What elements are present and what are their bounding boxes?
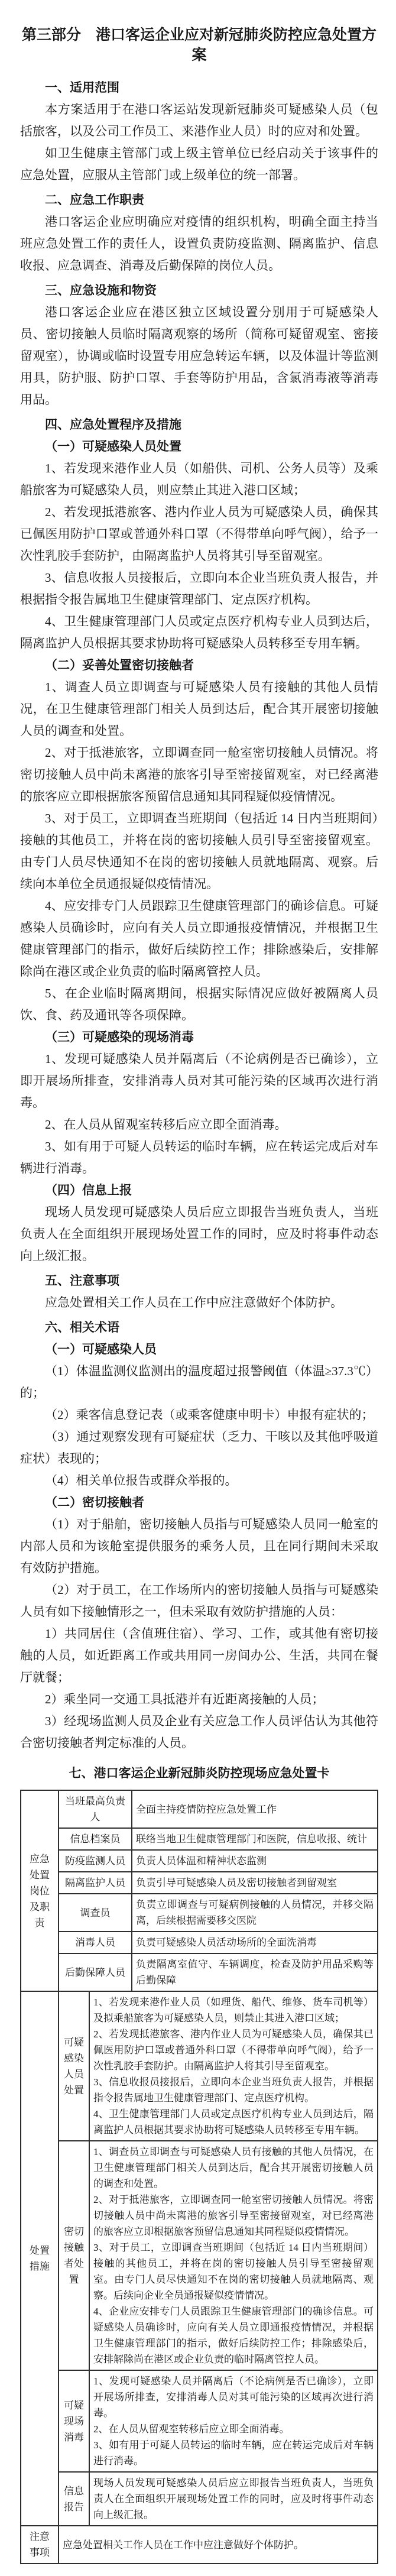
list-item: 1）共同居住（含值班住宿）、学习、工作，或其他有密切接触的人员，如近距离工作或共… bbox=[20, 1623, 378, 1689]
heading-scope: 一、适用范围 bbox=[20, 77, 378, 99]
role-cell: 消毒人员 bbox=[59, 1932, 132, 1953]
measure-item: 2、若发现抵港旅客、港内作业人员为可疑感染人员，确保其已佩医用防护口罩或普通外科… bbox=[93, 2026, 374, 2074]
document-page: 第三部分 港口客运企业应对新冠肺炎防控应急处置方案 一、适用范围 本方案适用于在… bbox=[0, 0, 396, 2576]
list-item: 3、信息收报人员接报后，立即向本企业当班负责人报告，并根据指令报告属地卫生健康管… bbox=[20, 567, 378, 611]
duty-cell: 负责隔离室值守、车辆调度，检查及防护用品采购等后勤保障 bbox=[132, 1953, 378, 1991]
measure-content-cell: 1、调查员立即调查与可疑感染人员有接触的其他人员情况，在卫生健康管理部门相关人员… bbox=[89, 2141, 378, 2370]
list-item: 3、对于员工，立即调查当班期间（包括近 14 日内当班期间）接触的其他员工，并将… bbox=[20, 808, 378, 895]
table-row: 处置措施 可疑感染人员处置 1、若发现来港作业人员（如理货、船代、维修、货车司机… bbox=[21, 1991, 378, 2141]
duty-cell: 联络当地卫生健康管理部门和医院，信息收报、统计 bbox=[132, 1828, 378, 1850]
list-item: （1）对于船舶，密切接触人员指与可疑感染人员同一舱室的内部人员和为该舱室提供服务… bbox=[20, 1514, 378, 1579]
table-row: 注意事项 应急处置相关工作人员在工作中应注意做好个体防护。 bbox=[21, 2526, 378, 2564]
paragraph: 本方案适用于在港口客运站发现新冠肺炎可疑感染人员（包括旅客，以及公司工作员工、来… bbox=[20, 99, 378, 142]
list-item: 1、调查人员立即调查与可疑感染人员有接触的其他人员情况，在卫生健康管理部门相关人… bbox=[20, 676, 378, 742]
role-cell: 当班最高负责人 bbox=[59, 1790, 132, 1828]
measure-item: 2、对于抵港旅客，立即调查同一舱室密切接触人员情况。将密切接触人员中尚未离港的旅… bbox=[93, 2192, 374, 2240]
document-title: 第三部分 港口客运企业应对新冠肺炎防控应急处置方案 bbox=[20, 25, 378, 65]
heading-disinfection: （三）可疑感染的现场消毒 bbox=[20, 1026, 378, 1048]
heading-suspect-disposal: （一）可疑感染人员处置 bbox=[20, 436, 378, 458]
paragraph: 港口客运企业应明确应对疫情的组织机构，明确全面主持当班应急处置工作的责任人，设置… bbox=[20, 211, 378, 277]
table-row: 防疫监测人员 负责人员体温和精神状态监测 bbox=[21, 1850, 378, 1872]
measure-item: 现场人员发现可疑感染人员后应立即报告当班负责人，当班负责人在全面组织开展现场处置… bbox=[93, 2475, 374, 2523]
list-item: 5、在企业临时隔离期间，根据实际情况应做好被隔离人员饮、食、药及通讯等各项保障。 bbox=[20, 983, 378, 1026]
measure-label-cell: 可疑感染人员处置 bbox=[59, 1991, 89, 2141]
heading-info-report: （四）信息上报 bbox=[20, 1180, 378, 1201]
list-item: 4、应安排专门人员跟踪卫生健康管理部门的确诊信息。可疑感染人员确诊时，应向有关人… bbox=[20, 895, 378, 983]
table-row: 信息报告 现场人员发现可疑感染人员后应立即报告当班负责人，当班负责人在全面组织开… bbox=[21, 2472, 378, 2526]
measure-item: 4、企业应安排专门人员跟踪卫生健康管理部门的确诊信息。可疑感染人员确诊时，应向有… bbox=[93, 2303, 374, 2367]
measure-item: 1、发现可疑感染人员并隔离后（不论病例是否已确诊），立即开展场所排查，安排消毒人… bbox=[93, 2373, 374, 2421]
duty-cell: 负责人员体温和精神状态监测 bbox=[132, 1850, 378, 1872]
paragraph: 如卫生健康主管部门或上级主管单位已经启动关于该事件的应急处置，应服从主管部门或上… bbox=[20, 142, 378, 186]
card-title: 七、港口客运企业新冠肺炎防控现场应急处置卡 bbox=[20, 1765, 378, 1783]
paragraph: 港口客运企业应在港区独立区域设置分别用于可疑感染人员、密切接触人员临时隔离观察的… bbox=[20, 302, 378, 411]
table-row: 后勤保障人员 负责隔离室值守、车辆调度，检查及防护用品采购等后勤保障 bbox=[21, 1953, 378, 1991]
measure-content-cell: 1、若发现来港作业人员（如理货、船代、维修、货车司机等）及拟乘船旅客为可疑感染人… bbox=[89, 1991, 378, 2141]
list-item: （2）对于员工，在工作场所内的密切接触人员指与可疑感染人员有如下接触情形之一，但… bbox=[20, 1579, 378, 1623]
measure-item: 1、若发现来港作业人员（如理货、船代、维修、货车司机等）及拟乘船旅客为可疑感染人… bbox=[93, 1994, 374, 2026]
paragraph: 现场人员发现可疑感染人员后应立即报告当班负责人，当班负责人在全面组织开展现场处置… bbox=[20, 1201, 378, 1267]
group-label-cell: 处置措施 bbox=[21, 1991, 59, 2526]
measure-item: 1、调查员立即调查与可疑感染人员有接触的其他人员情况，在卫生健康管理部门相关人员… bbox=[93, 2144, 374, 2192]
list-item: （1）体温监测仪监测出的温度超过报警阈值（体温≥37.3℃）的； bbox=[20, 1360, 378, 1404]
note-label-cell: 注意事项 bbox=[21, 2526, 59, 2564]
list-item: 2、对于抵港旅客，立即调查同一舱室密切接触人员情况。将密切接触人员中尚未离港的旅… bbox=[20, 742, 378, 808]
list-item: （4）相关单位报告或群众举报的。 bbox=[20, 1470, 378, 1492]
list-item: （3）通过观察发现有可疑症状（乏力、干咳以及其他呼吸道症状）表现的； bbox=[20, 1426, 378, 1470]
table-row: 应急处置岗位及职责 当班最高负责人 全面主持疫情防控应急处置工作 bbox=[21, 1790, 378, 1828]
table-row: 可疑现场消毒 1、发现可疑感染人员并隔离后（不论病例是否已确诊），立即开展场所排… bbox=[21, 2370, 378, 2472]
list-item: 1、发现可疑感染人员并隔离后（不论病例是否已确诊），立即开展场所排查，安排消毒人… bbox=[20, 1048, 378, 1114]
heading-term-suspect: （一）可疑感染人员 bbox=[20, 1339, 378, 1360]
measure-content-cell: 现场人员发现可疑感染人员后应立即报告当班负责人，当班负责人在全面组织开展现场处置… bbox=[89, 2472, 378, 2526]
measure-item: 3、对于员工，立即调查当班期间（包括近 14 日内当班期间）接触的其他员工，并将… bbox=[93, 2240, 374, 2303]
role-cell: 后勤保障人员 bbox=[59, 1953, 132, 1991]
emergency-card-table: 应急处置岗位及职责 当班最高负责人 全面主持疫情防控应急处置工作 信息档案员 联… bbox=[20, 1790, 378, 2564]
measure-item: 4、卫生健康管理部门人员或定点医疗机构专业人员到达后，隔离监护人员根据其要求协助… bbox=[93, 2106, 374, 2138]
group-label-cell: 应急处置岗位及职责 bbox=[21, 1790, 59, 1991]
list-item: （2）乘客信息登记表（或乘客健康申明卡）申报有症状的； bbox=[20, 1404, 378, 1426]
duty-cell: 负责可疑感染人员活动场所的全面洗消毒 bbox=[132, 1932, 378, 1953]
heading-term-contact: （二）密切接触者 bbox=[20, 1492, 378, 1514]
role-cell: 调查员 bbox=[59, 1894, 132, 1932]
measure-item: 2、在人员从留观室转移后应立即全面消毒。 bbox=[93, 2421, 374, 2437]
table-row: 信息档案员 联络当地卫生健康管理部门和医院，信息收报、统计 bbox=[21, 1828, 378, 1850]
heading-duties: 二、应急工作职责 bbox=[20, 189, 378, 211]
duty-cell: 负责引导可疑感染人员及密切接触者到留观室 bbox=[132, 1872, 378, 1894]
paragraph: 应急处置相关工作人员在工作中应注意做好个体防护。 bbox=[20, 1292, 378, 1314]
list-item: 2、在人员从留观室转移后应立即全面消毒。 bbox=[20, 1114, 378, 1136]
heading-facilities: 三、应急设施和物资 bbox=[20, 280, 378, 302]
list-item: 2）乘坐同一交通工具抵港并有近距离接触的人员； bbox=[20, 1689, 378, 1710]
list-item: 2、若发现抵港旅客、港内作业人员为可疑感染人员，确保其已佩医用防护口罩或普通外科… bbox=[20, 501, 378, 567]
role-cell: 隔离监护人员 bbox=[59, 1872, 132, 1894]
measure-label-cell: 信息报告 bbox=[59, 2472, 89, 2526]
role-cell: 信息档案员 bbox=[59, 1828, 132, 1850]
role-cell: 防疫监测人员 bbox=[59, 1850, 132, 1872]
list-item: 1、若发现来港作业人员（如船供、司机、公务人员等）及乘船旅客为可疑感染人员，则应… bbox=[20, 458, 378, 501]
duty-cell: 负责立即调查与可疑病例接触的人员情况，并移交隔离，后续根据需要移交医院 bbox=[132, 1894, 378, 1932]
measure-label-cell: 可疑现场消毒 bbox=[59, 2370, 89, 2472]
heading-precautions: 五、注意事项 bbox=[20, 1270, 378, 1292]
measure-content-cell: 1、发现可疑感染人员并隔离后（不论病例是否已确诊），立即开展场所排查，安排消毒人… bbox=[89, 2370, 378, 2472]
heading-terms: 六、相关术语 bbox=[20, 1317, 378, 1339]
note-content-cell: 应急处置相关工作人员在工作中应注意做好个体防护。 bbox=[59, 2526, 378, 2564]
table-row: 密切接触者处置 1、调查员立即调查与可疑感染人员有接触的其他人员情况，在卫生健康… bbox=[21, 2141, 378, 2370]
heading-close-contact-disposal: （二）妥善处置密切接触者 bbox=[20, 654, 378, 676]
duty-cell: 全面主持疫情防控应急处置工作 bbox=[132, 1790, 378, 1828]
table-row: 调查员 负责立即调查与可疑病例接触的人员情况，并移交隔离，后续根据需要移交医院 bbox=[21, 1894, 378, 1932]
table-row: 消毒人员 负责可疑感染人员活动场所的全面洗消毒 bbox=[21, 1932, 378, 1953]
heading-procedures: 四、应急处置程序及措施 bbox=[20, 414, 378, 436]
list-item: 3、如有用于可疑人员转运的临时车辆，应在转运完成后对车辆进行消毒。 bbox=[20, 1136, 378, 1180]
list-item: 3）经现场监测人员及企业有关应急工作人员评估认为其他符合密切接触者判定标准的人员… bbox=[20, 1710, 378, 1754]
table-row: 隔离监护人员 负责引导可疑感染人员及密切接触者到留观室 bbox=[21, 1872, 378, 1894]
list-item: 4、卫生健康管理部门人员或定点医疗机构专业人员到达后，隔离监护人员根据其要求协助… bbox=[20, 611, 378, 654]
measure-item: 3、如有用于可疑人员转运的临时车辆，应在转运完成后对车辆进行消毒。 bbox=[93, 2437, 374, 2469]
measure-label-cell: 密切接触者处置 bbox=[59, 2141, 89, 2370]
measure-item: 3、信息收报员接报后，立即向本企业当班负责人报告，并根据指令报告属地卫生健康管理… bbox=[93, 2074, 374, 2106]
